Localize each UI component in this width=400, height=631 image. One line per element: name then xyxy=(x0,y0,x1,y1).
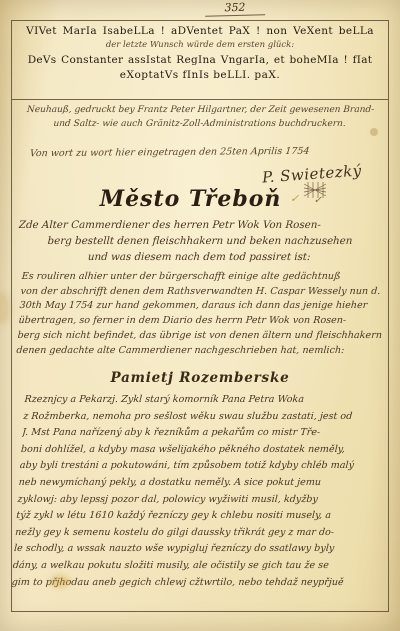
text-line: von der abschrifft denen dem Rathsverwan… xyxy=(20,285,385,300)
text-line: nežly gey k semenu kostelu do gilgi daus… xyxy=(15,525,382,542)
text-line: J. Mst Pana nařízený aby k řezníkům a pe… xyxy=(21,425,388,442)
text-line: übertragen, so ferner in dem Diario des … xyxy=(18,314,383,329)
checkmark-icon: ✓ xyxy=(290,192,300,205)
text-line: neb newymíchaný pekly, a dostatku neměly… xyxy=(18,475,385,492)
printer-imprint-note: Neuhauß, gedruckt bey Frantz Peter Hilga… xyxy=(17,104,383,131)
text-line: gim to přjhodau aneb gegich chlewj cžtwr… xyxy=(11,575,378,592)
town-heading: Město Třeboň ✓ xyxy=(12,186,388,212)
german-note-paragraph: Es rouliren alhier unter der bürgerschaf… xyxy=(16,270,386,358)
text-line: aby byli trestáni a pokutowáni, tím způs… xyxy=(19,458,386,475)
czech-chronicle-paragraph: Rzeznjcy a Pekarzj. Zykl starý komorník … xyxy=(11,392,391,591)
text-line: Zde Alter Cammerdiener des herren Petr W… xyxy=(18,217,383,233)
chronogram-line: VIVet MarIa IsabeLLa ! aDVentet PaX ! no… xyxy=(12,25,388,37)
chronogram-line: eXoptatVs fInIs beLLI. paX. xyxy=(12,69,388,81)
registration-date-line: Von wort zu wort hier eingetragen den 25… xyxy=(29,146,310,159)
page-number: 352 xyxy=(205,0,265,17)
imprint-line: Neuhauß, gedruckt bey Frantz Peter Hilga… xyxy=(18,104,383,118)
latin-chronogram-block: VIVet MarIa IsabeLLa ! aDVentet PaX ! no… xyxy=(12,25,388,81)
text-line: Rzeznjcy a Pekarzj. Zykl starý komorník … xyxy=(24,392,391,409)
chronogram-line: DeVs Constanter assIstat RegIna VngarIa,… xyxy=(12,54,388,66)
text-line: Es rouliren alhier unter der bürgerschaf… xyxy=(21,270,386,285)
text-line: denen gedachte alte Cammerdiener nachges… xyxy=(16,344,381,359)
chronogram-gloss-line: der letzte Wunsch würde dem ersten glück… xyxy=(12,40,388,50)
signature-name: P. Swietezký xyxy=(262,162,363,187)
imprint-line: und Saltz- wie auch Gränitz-Zoll-Adminis… xyxy=(17,118,382,132)
paper-stain xyxy=(0,295,8,321)
manuscript-page: 352 VIVet MarIa IsabeLLa ! aDVentet PaX … xyxy=(0,0,400,631)
text-line: boni dohlížel, a kdyby masa wšelijakého … xyxy=(20,442,387,459)
text-line: dány, a welkau pokutu složiti musily, al… xyxy=(12,558,379,575)
text-line: 30th May 1754 zur hand gekommen, daraus … xyxy=(19,299,384,314)
text-line: berg bestellt denen fleischhakern und be… xyxy=(18,233,383,249)
text-line: z Rožmberka, nemoha pro sešlost wěku swa… xyxy=(23,409,390,426)
page-frame-border: VIVet MarIa IsabeLLa ! aDVentet PaX ! no… xyxy=(11,20,389,612)
chronicle-subheading: Pamietj Rozemberske xyxy=(12,370,388,386)
text-line: le schodly, a wssak nauzto wše wypigluj … xyxy=(13,541,380,558)
text-line: berg sich nicht befindet, das übrige ist… xyxy=(17,329,382,344)
german-intro-paragraph: Zde Alter Cammerdiener des herren Petr W… xyxy=(17,217,384,265)
text-line: zyklowj: aby lepssj pozor dal, polowicy … xyxy=(17,492,384,509)
horizontal-rule xyxy=(12,99,388,100)
town-heading-text: Město Třeboň xyxy=(100,186,282,212)
text-line: und was diesem nach dem tod passiret ist… xyxy=(17,249,382,265)
text-line: týž zykl w létu 1610 každý řezníczy gey … xyxy=(16,508,383,525)
